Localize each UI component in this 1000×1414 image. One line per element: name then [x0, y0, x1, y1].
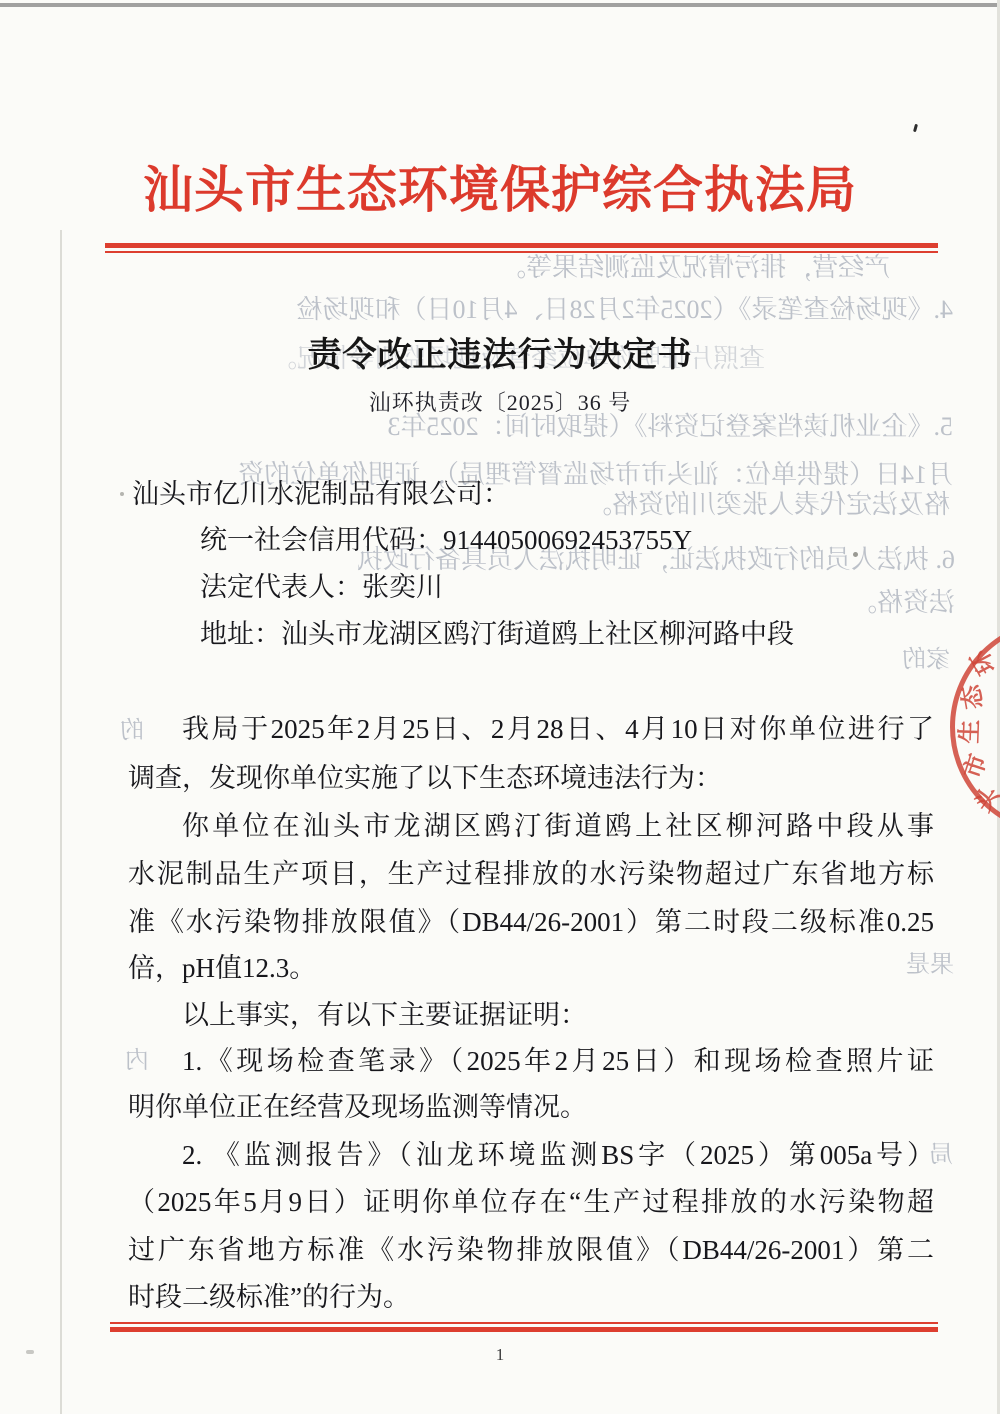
page-number: 1	[0, 1345, 1000, 1365]
body-line: 以上事实，有以下主要证据证明：	[128, 999, 934, 1032]
ghost-text-line: 4.《现场检查笔录》（2025年2月28日、4月10日）和现场检	[125, 295, 953, 325]
body-line: 明你单位正在经营及现场监测等情况。	[128, 1091, 934, 1124]
recipient-legal-representative: 法定代表人：张奕川	[200, 571, 443, 603]
letterhead-double-rule	[105, 243, 938, 253]
document-number: 汕环执责改〔2025〕36 号	[0, 386, 1000, 417]
ghost-text-fragment: 家的	[845, 645, 950, 675]
body-line: 2. 《监测报告》（汕龙环境监测BS字（2025）第005a号）	[128, 1139, 934, 1172]
body-line: 过广东省地方标准《水污染物排放限值》（DB44/26-2001）第二	[128, 1234, 934, 1267]
agency-letterhead-title: 汕头市生态环境保护综合执法局	[0, 150, 1000, 222]
recipient-company: 汕头市亿川水泥制品有限公司：	[132, 478, 510, 510]
body-line: （2025年5月9日）证明你单位存在“生产过程排放的水污染物超	[128, 1186, 934, 1219]
body-line: 调查，发现你单位实施了以下生态环境违法行为：	[128, 762, 934, 795]
scan-speck	[120, 492, 124, 496]
body-line: 时段二级标准”的行为。	[128, 1281, 934, 1314]
ghost-text-line: 法资格。	[820, 588, 955, 618]
document-title: 责令改正违法行为决定书	[0, 327, 1000, 376]
body-line: 1.《现场检查笔录》（2025年2月25日）和现场检查照片证	[128, 1045, 934, 1078]
scan-speck	[913, 124, 918, 133]
recipient-address: 地址：汕头市龙湖区鸥汀街道鸥上社区柳河路中段	[200, 618, 794, 650]
ghost-text-line: 产经营，排污情况及监测结果等。	[480, 253, 890, 283]
scan-top-edge	[0, 3, 1000, 7]
body-line: 你单位在汕头市龙湖区鸥汀街道鸥上社区柳河路中段从事	[128, 810, 934, 843]
recipient-credit-code: 统一社会信用代码：91440500692453755Y	[200, 524, 692, 556]
scanned-document-page: 产经营，排污情况及监测结果等。 4.《现场检查笔录》（2025年2月28日、4月…	[0, 0, 1000, 1414]
official-stamp-character: 生	[949, 719, 985, 744]
body-line: 我局于2025年2月25日、2月28日、4月10日对你单位进行了	[128, 713, 934, 746]
body-line: 准《水污染物排放限值》（DB44/26-2001）第二时段二级标准0.25	[128, 906, 934, 939]
body-line: 水泥制品生产项目，生产过程排放的水污染物超过广东省地方标	[128, 858, 934, 891]
body-line: 倍，pH值12.3。	[128, 952, 934, 985]
footer-double-rule	[110, 1322, 938, 1332]
ghost-text-line: 格及法定代表人张奕川的资格。	[575, 490, 950, 520]
